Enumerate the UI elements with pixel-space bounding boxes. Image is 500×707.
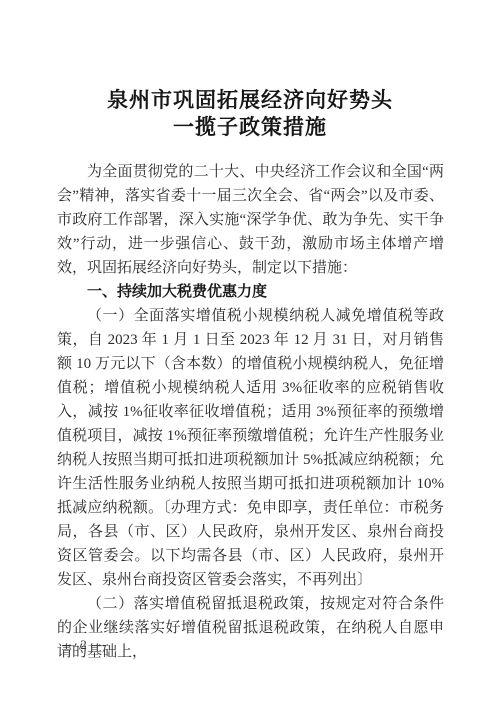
document-page: 泉州市巩固拓展经济向好势头 一揽子政策措施 为全面贯彻党的二十大、中央经济工作会… xyxy=(0,0,500,707)
document-title-line1: 泉州市巩固拓展经济向好势头 xyxy=(0,87,500,114)
document-title-line2: 一揽子政策措施 xyxy=(0,114,500,141)
policy-item-1-paragraph: （一）全面落实增值税小规模纳税人减免增值税等政策，自 2023 年 1 月 1 … xyxy=(57,304,444,592)
document-title: 泉州市巩固拓展经济向好势头 一揽子政策措施 xyxy=(0,87,500,141)
policy-item-2-paragraph: （二）落实增值税留抵退税政策，按规定对符合条件的企业继续落实好增值税留抵退税政策… xyxy=(57,592,444,664)
document-body: 为全面贯彻党的二十大、中央经济工作会议和全国“两会”精神，落实省委十一届三次全会… xyxy=(57,160,444,664)
intro-paragraph: 为全面贯彻党的二十大、中央经济工作会议和全国“两会”精神，落实省委十一届三次全会… xyxy=(57,160,444,280)
page-number: — 2 — xyxy=(62,636,106,654)
section-one-heading: 一、持续加大税费优惠力度 xyxy=(57,280,444,304)
